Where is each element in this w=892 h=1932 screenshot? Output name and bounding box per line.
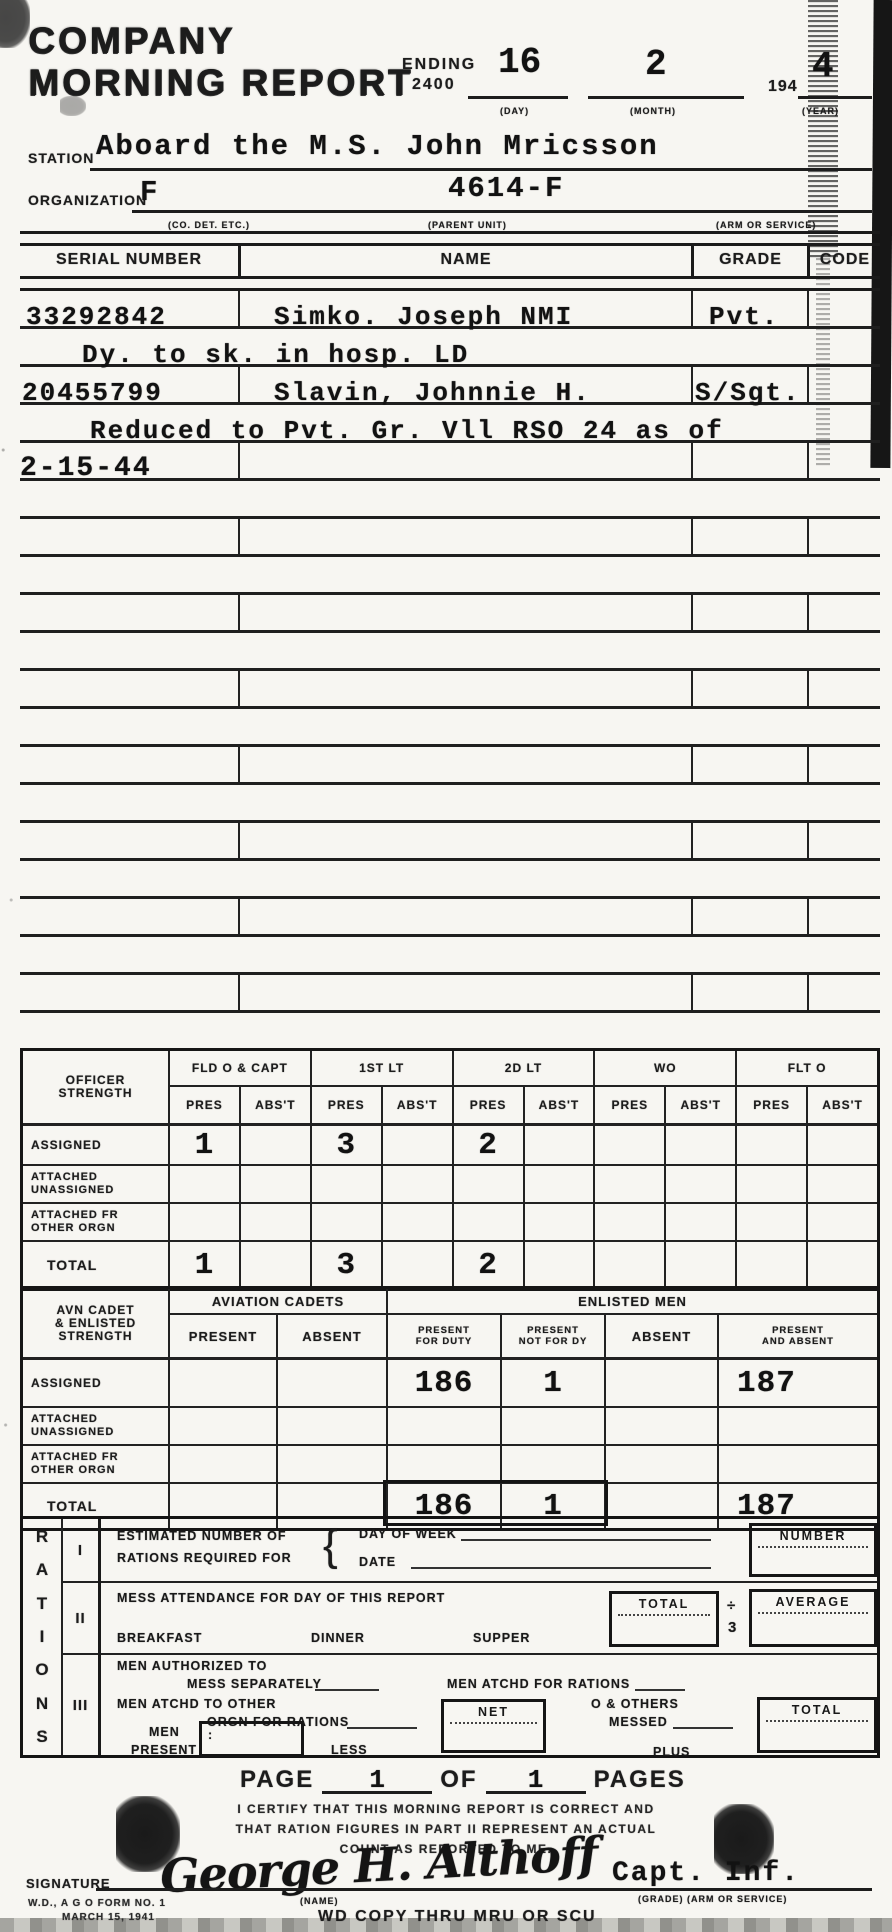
roster-row-empty xyxy=(20,1013,880,1051)
rations-section-3: MEN AUTHORIZED TO MESS SEPARATELY MEN AT… xyxy=(101,1653,877,1755)
officer-row-assigned: ASSIGNED 1 3 2 xyxy=(23,1123,877,1164)
roster-row-empty xyxy=(20,633,880,671)
left-edge-speckle xyxy=(0,300,16,1800)
roster-row-entry-3: 2-15-44 xyxy=(20,443,880,481)
roster-row-empty xyxy=(20,709,880,747)
pages-total-value: 1 xyxy=(486,1769,586,1794)
roster-row-empty xyxy=(20,481,880,519)
form-title-line2: MORNING REPORT xyxy=(28,62,413,104)
roster-row-empty xyxy=(20,671,880,709)
corner-smudge xyxy=(0,0,30,48)
year-prefix: 194 xyxy=(768,78,798,96)
officer-sub-pres: PRES xyxy=(735,1085,806,1123)
serial-cell: 20455799 xyxy=(22,380,163,406)
officer-sub-abst: ABS'T xyxy=(806,1085,877,1123)
roster-row-empty xyxy=(20,595,880,633)
officer-sub-pres: PRES xyxy=(168,1085,239,1123)
day-label: (DAY) xyxy=(500,106,529,116)
signature-script: George H. Althoff xyxy=(159,1827,599,1904)
page-number-value: 1 xyxy=(322,1769,432,1794)
roster-header-code: CODE xyxy=(807,243,880,276)
signature-grade-label: (GRADE) (ARM OR SERVICE) xyxy=(638,1894,787,1904)
officer-sub-abst: ABS'T xyxy=(239,1085,310,1123)
enlisted-col-present-not-for-dy: PRESENT NOT FOR DY xyxy=(500,1313,604,1357)
roster-row-empty xyxy=(20,975,880,1013)
officer-group-wo: WO xyxy=(593,1051,735,1085)
officer-sub-abst: ABS'T xyxy=(523,1085,594,1123)
rations-section-2: MESS ATTENDANCE FOR DAY OF THIS REPORT B… xyxy=(101,1581,877,1653)
roster-row-entry-1: 33292842 Simko. Joseph NMI Pvt. xyxy=(20,291,880,329)
mess-total-box: TOTAL xyxy=(609,1591,719,1647)
enlisted-col-present-for-duty: PRESENT FOR DUTY xyxy=(386,1313,500,1357)
rations-section-numbers: I II III xyxy=(63,1519,101,1755)
officer-group-fldo: FLD O & CAPT xyxy=(168,1051,310,1085)
morning-report-scan: { "header": { "title_line1": "COMPANY", … xyxy=(0,0,892,1932)
day-value: 16 xyxy=(498,42,541,83)
roster-row-empty xyxy=(20,519,880,557)
month-value: 2 xyxy=(645,44,667,85)
roster-table: SERIAL NUMBER NAME GRADE CODE 33292842 S… xyxy=(20,243,880,1051)
roster-header-serial: SERIAL NUMBER xyxy=(20,243,238,276)
enlisted-group-aviation-cadets: AVIATION CADETS xyxy=(168,1289,386,1313)
month-label: (MONTH) xyxy=(630,106,676,116)
name-cell: Simko. Joseph NMI xyxy=(274,304,573,330)
section-number-1: I xyxy=(63,1519,98,1581)
station-value: Aboard the M.S. John Mricsson xyxy=(96,130,659,163)
signature-name-label: (NAME) xyxy=(300,1896,339,1906)
serial-cell: 2-15-44 xyxy=(20,456,152,482)
year-underline xyxy=(798,96,872,99)
roster-row-empty xyxy=(20,557,880,595)
roster-row-empty xyxy=(20,861,880,899)
roster-row-empty xyxy=(20,785,880,823)
section-number-2: II xyxy=(63,1581,98,1653)
organization-underline xyxy=(132,210,872,213)
serial-cell: 33292842 xyxy=(26,304,167,330)
ending-time: 2400 xyxy=(412,76,456,94)
rations-section-1: ESTIMATED NUMBER OF RATIONS REQUIRED FOR… xyxy=(101,1519,877,1581)
mess-average-box: AVERAGE xyxy=(749,1589,877,1647)
number-box: NUMBER xyxy=(749,1523,877,1577)
rations-vertical-label: R A T I O N S xyxy=(23,1519,63,1755)
enlisted-row-attached-fr-other: ATTACHED FR OTHER ORGN xyxy=(23,1444,877,1482)
day-underline xyxy=(468,96,568,99)
roster-row-empty xyxy=(20,937,880,975)
roster-header-row: SERIAL NUMBER NAME GRADE CODE xyxy=(20,243,880,276)
org-sublabel-arm: (ARM OR SERVICE) xyxy=(716,220,816,230)
remark-cell: Dy. to sk. in hosp. LD xyxy=(82,342,469,368)
enlisted-row-attached-unassigned: ATTACHED UNASSIGNED xyxy=(23,1406,877,1444)
divide-sign: ÷ xyxy=(727,1597,736,1614)
organization-label: ORGANIZATION xyxy=(28,192,147,208)
officer-sub-abst: ABS'T xyxy=(381,1085,452,1123)
roster-row-remark-2: Reduced to Pvt. Gr. Vll RSO 24 as of xyxy=(20,405,880,443)
divisor: 3 xyxy=(728,1619,737,1636)
officer-strength-table: OFFICER STRENGTH FLD O & CAPT 1ST LT 2D … xyxy=(20,1048,880,1291)
enlisted-col-present-and-absent: PRESENT AND ABSENT xyxy=(717,1313,877,1357)
mess-separately-line xyxy=(315,1679,379,1691)
station-underline xyxy=(90,168,872,171)
officer-sub-pres: PRES xyxy=(452,1085,523,1123)
roster-header-name: NAME xyxy=(238,243,691,276)
roster-header-grade: GRADE xyxy=(691,243,807,276)
enlisted-strength-table: AVN CADET & ENLISTED STRENGTH AVIATION C… xyxy=(20,1286,880,1531)
enlisted-col-present: PRESENT xyxy=(168,1313,276,1357)
net-box: NET xyxy=(441,1699,546,1753)
enlisted-row-assigned: ASSIGNED 186 1 187 xyxy=(23,1357,877,1406)
station-label: STATION xyxy=(28,150,94,166)
signature-grade: Capt. Inf. xyxy=(612,1858,800,1889)
ending-label: ENDING xyxy=(402,56,476,74)
rations-total-box: TOTAL xyxy=(757,1697,877,1753)
day-of-week-line xyxy=(461,1529,711,1541)
officer-group-1stlt: 1ST LT xyxy=(310,1051,452,1085)
men-present-box: : xyxy=(199,1721,304,1757)
officer-group-2dlt: 2D LT xyxy=(452,1051,594,1085)
month-underline xyxy=(588,96,744,99)
brace: { xyxy=(323,1521,338,1571)
roster-header-double-rule xyxy=(20,276,880,291)
roster-row-empty xyxy=(20,899,880,937)
organization-parent-unit: 4614-F xyxy=(448,172,564,205)
form-title-line1: COMPANY xyxy=(28,20,235,62)
officer-group-flto: FLT O xyxy=(735,1051,877,1085)
org-sublabel-co: (CO. DET. ETC.) xyxy=(168,220,250,230)
roster-row-remark-1: Dy. to sk. in hosp. LD xyxy=(20,329,880,367)
page-line: PAGE 1 OF 1 PAGES xyxy=(240,1766,686,1794)
officer-row-attached-unassigned: ATTACHED UNASSIGNED xyxy=(23,1164,877,1202)
officer-sub-abst: ABS'T xyxy=(664,1085,735,1123)
copy-routing-line: WD COPY THRU MRU OR SCU xyxy=(318,1908,597,1926)
roster-row-entry-2: 20455799 Slavin, Johnnie H. S/Sgt. xyxy=(20,367,880,405)
name-cell: Slavin, Johnnie H. xyxy=(274,380,591,406)
remark-cell: Reduced to Pvt. Gr. Vll RSO 24 as of xyxy=(90,418,724,444)
year-value: 4 xyxy=(812,46,834,87)
date-line xyxy=(411,1557,711,1569)
enlisted-group-enlisted-men: ENLISTED MEN xyxy=(386,1289,877,1313)
org-sublabel-parent: (PARENT UNIT) xyxy=(428,220,507,230)
year-label: (YEAR) xyxy=(802,106,839,116)
officer-row-total: TOTAL 1 3 2 xyxy=(23,1240,877,1288)
rations-section: R A T I O N S I II III ESTIMATED NUMBER … xyxy=(20,1516,880,1758)
orgn-for-rations-line xyxy=(347,1717,417,1729)
officer-sub-pres: PRES xyxy=(593,1085,664,1123)
grade-cell: S/Sgt. xyxy=(695,380,801,406)
grade-cell: Pvt. xyxy=(709,304,779,330)
men-atchd-rations-line xyxy=(635,1679,685,1691)
officer-sub-pres: PRES xyxy=(310,1085,381,1123)
section-number-3: III xyxy=(63,1653,98,1755)
messed-line xyxy=(673,1717,733,1729)
organization-company: F xyxy=(140,176,157,209)
enlisted-col-absent: ABSENT xyxy=(276,1313,386,1357)
officer-row-attached-fr-other: ATTACHED FR OTHER ORGN xyxy=(23,1202,877,1240)
officer-corner-label: OFFICER STRENGTH xyxy=(23,1051,168,1123)
enlisted-col-absent2: ABSENT xyxy=(604,1313,717,1357)
signature-underline xyxy=(96,1888,872,1891)
enlisted-corner-label: AVN CADET & ENLISTED STRENGTH xyxy=(23,1289,168,1357)
roster-row-empty xyxy=(20,823,880,861)
roster-row-empty xyxy=(20,747,880,785)
form-number: W.D., A G O FORM NO. 1 xyxy=(28,1898,166,1909)
form-date: MARCH 15, 1941 xyxy=(62,1912,155,1923)
